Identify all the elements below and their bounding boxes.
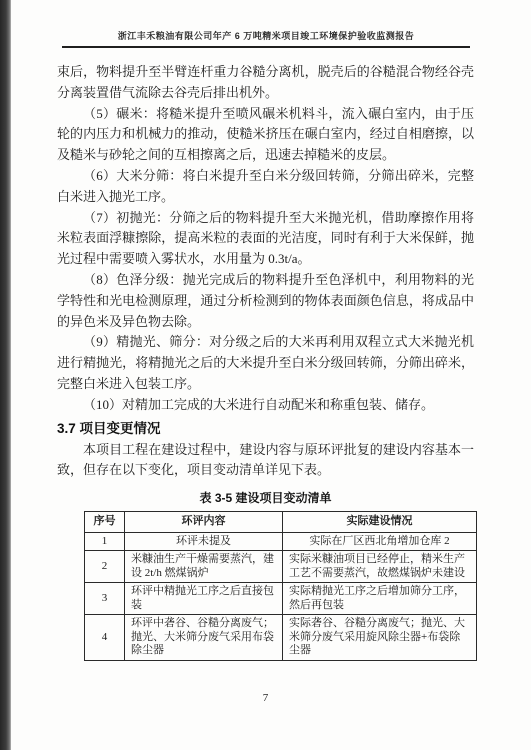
col-header-actual-construction: 实际建设情况 xyxy=(283,512,477,533)
body-paragraph: 束后，物料提升至半臂连杆重力谷糙分离机，脱壳后的谷糙混合物经谷壳分离装置借气流除… xyxy=(57,62,474,104)
table-title: 表 3-5 建设项目变动清单 xyxy=(57,489,474,506)
table-row: 3 环评中精抛光工序之后直接包装 实际精抛光工序之后增加筛分工序，然后再包装 xyxy=(85,583,477,615)
cell-actual-construction: 实际在厂区西北角增加仓库 2 xyxy=(283,532,477,551)
cell-index: 4 xyxy=(85,615,125,661)
cell-eia-content: 环评未提及 xyxy=(125,532,283,551)
cell-index: 2 xyxy=(85,551,125,583)
table-row: 2 米糠油生产干燥需要蒸汽，建设 2t/h 燃煤锅炉 实际米糠油项目已经停止，精… xyxy=(85,551,477,583)
body-paragraph: （6）大米分筛：将白米提升至白米分级回转筛，分筛出碎米，完整白米进入抛光工序。 xyxy=(57,166,474,208)
section-intro-paragraph: 本项目工程在建设过程中，建设内容与原环评批复的建设内容基本一致，但存在以下变化，… xyxy=(57,440,474,482)
col-header-index: 序号 xyxy=(85,512,125,533)
page-content: 束后，物料提升至半臂连杆重力谷糙分离机，脱壳后的谷糙混合物经谷壳分离装置借气流除… xyxy=(57,62,474,661)
section-heading: 3.7 项目变更情况 xyxy=(57,418,474,439)
cell-actual-construction: 实际精抛光工序之后增加筛分工序，然后再包装 xyxy=(283,583,477,615)
cell-index: 1 xyxy=(85,532,125,551)
change-list-table: 序号 环评内容 实际建设情况 1 环评未提及 实际在厂区西北角增加仓库 2 2 … xyxy=(84,511,477,661)
cell-eia-content: 环评中砻谷、谷糙分离废气；抛光、大米筛分废气采用布袋除尘器 xyxy=(125,615,283,661)
body-paragraph: （7）初抛光：分筛之后的物料提升至大米抛光机，借助摩擦作用将米粒表面浮糠擦除，提… xyxy=(57,208,474,270)
cell-eia-content: 米糠油生产干燥需要蒸汽，建设 2t/h 燃煤锅炉 xyxy=(125,551,283,583)
col-header-eia-content: 环评内容 xyxy=(125,512,283,533)
body-paragraph: （10）对精加工完成的大米进行自动配米和称重包装、储存。 xyxy=(57,395,474,416)
body-paragraph: （5）碾米：将糙米提升至喷风碾米机料斗，流入碾白室内，由于压轮的内压力和机械力的… xyxy=(57,104,474,166)
cell-actual-construction: 实际米糠油项目已经停止，精米生产工艺不需要蒸汽，故燃煤锅炉未建设 xyxy=(283,551,477,583)
cell-eia-content: 环评中精抛光工序之后直接包装 xyxy=(125,583,283,615)
running-header-title: 浙江丰禾粮油有限公司年产 6 万吨精米项目竣工环境保护验收监测报告 xyxy=(62,29,470,42)
document-page: 浙江丰禾粮油有限公司年产 6 万吨精米项目竣工环境保护验收监测报告 束后，物料提… xyxy=(0,0,531,750)
scan-edge-shadow xyxy=(0,0,11,750)
table-header-row: 序号 环评内容 实际建设情况 xyxy=(85,512,477,533)
table-row: 4 环评中砻谷、谷糙分离废气；抛光、大米筛分废气采用布袋除尘器 实际砻谷、谷糙分… xyxy=(85,615,477,661)
body-paragraph: （9）精抛光、筛分：对分级之后的大米再利用双程立式大米抛光机进行精抛光，将精抛光… xyxy=(57,332,474,394)
table-row: 1 环评未提及 实际在厂区西北角增加仓库 2 xyxy=(85,532,477,551)
running-header: 浙江丰禾粮油有限公司年产 6 万吨精米项目竣工环境保护验收监测报告 xyxy=(62,29,470,48)
page-number: 7 xyxy=(0,692,531,704)
cell-index: 3 xyxy=(85,583,125,615)
body-paragraph: （8）色泽分级：抛光完成后的物料提升至色泽机中，利用物料的光学特性和光电检测原理… xyxy=(57,270,474,332)
cell-actual-construction: 实际砻谷、谷糙分离废气；抛光、大米筛分废气采用旋风除尘器+布袋除尘器 xyxy=(283,615,477,661)
